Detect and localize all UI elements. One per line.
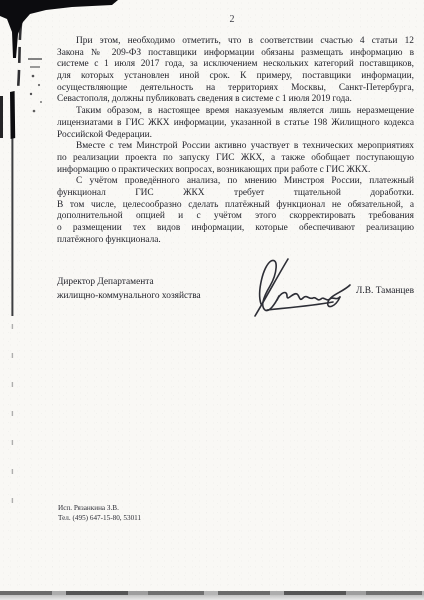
paragraph-line: осуществляющие деятельность на территори… [57, 83, 414, 95]
paragraph-line: Севастополя, должны публиковать сведения… [57, 94, 414, 106]
paragraph: При этом, необходимо отметить, что в соо… [57, 36, 414, 106]
scanned-letter-page: 2 При этом, необходимо отметить, что в с… [0, 0, 424, 600]
scan-artifact-bottom-band [0, 590, 424, 600]
paragraph-line: для которых установлен иной срок. К прим… [57, 71, 414, 83]
paragraph-line: Российской Федерации. [57, 130, 414, 142]
phone-line: Тел. (495) 647-15-80, 53011 [58, 513, 141, 523]
paragraph-line: системе с 1 июля 2017 года, за исключени… [57, 59, 414, 71]
signature-block: Директор Департамента жилищно-коммунальн… [57, 276, 416, 304]
paragraph-line: по реализации проекта по запуску ГИС ЖКХ… [57, 153, 414, 165]
paragraph-line: В том числе, целесообразно сделать платё… [57, 200, 414, 212]
paragraph-line: информацию о практических вопросах, возн… [57, 165, 414, 177]
paragraph-line: При этом, необходимо отметить, что в соо… [57, 36, 414, 48]
paragraph-line: Вместе с тем Минстрой России активно уча… [57, 141, 414, 153]
signer-name: Л.В. Таманцев [356, 285, 414, 299]
executor-line: Исп. Рязанкина З.В. [58, 503, 141, 513]
paragraph-line: Закона № 209-ФЗ поставщики информации об… [57, 48, 414, 60]
scan-band-light [0, 595, 424, 600]
paragraph-line: лицензиатами в ГИС ЖКХ информации, указа… [57, 118, 414, 130]
paragraph: С учётом проведённого анализа, по мнению… [57, 176, 414, 246]
page-number: 2 [0, 14, 424, 25]
paragraph-line: Таким образом, в настоящее время наказуе… [57, 106, 414, 118]
paragraph-line: платёжного функционала. [57, 235, 414, 247]
footer: Исп. Рязанкина З.В. Тел. (495) 647-15-80… [58, 503, 141, 524]
paragraph-line: о размещении тех видов информации, котор… [57, 223, 414, 235]
document-body: При этом, необходимо отметить, что в соо… [57, 36, 414, 246]
paragraph-line: С учётом проведённого анализа, по мнению… [57, 176, 414, 188]
paragraph: Вместе с тем Минстрой России активно уча… [57, 141, 414, 176]
paragraph: Таким образом, в настоящее время наказуе… [57, 106, 414, 141]
paragraph-line: дополнительной опцией и с учётом этого с… [57, 211, 414, 223]
paragraph-line: функционал ГИС ЖКХ требует тщательной до… [57, 188, 414, 200]
